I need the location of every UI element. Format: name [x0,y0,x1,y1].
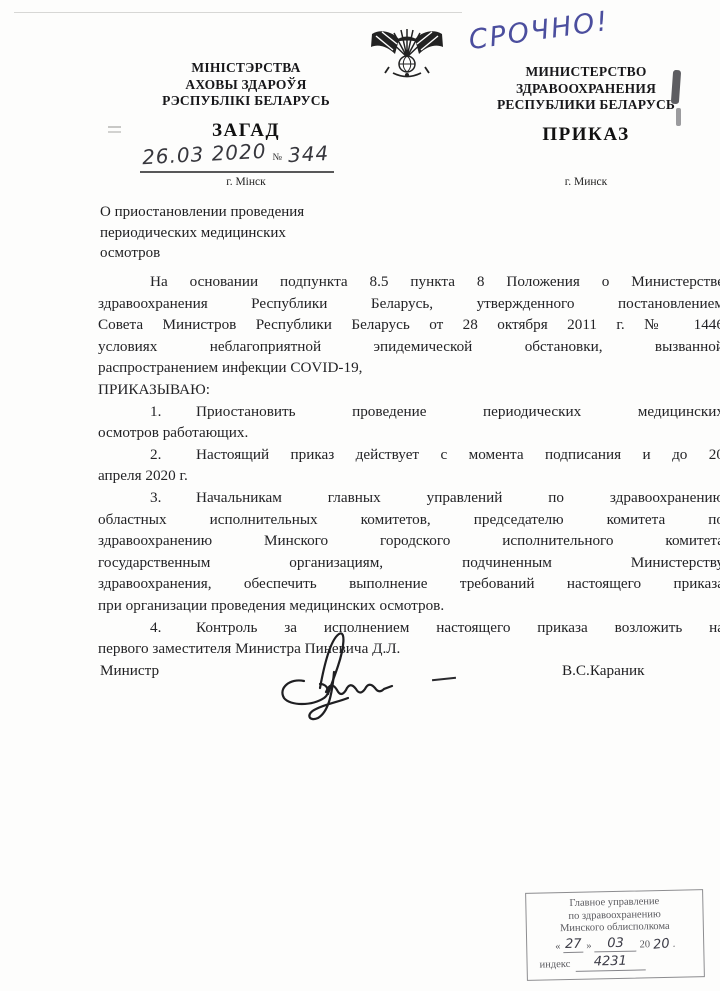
org-line: ЗДРАВООХРАНЕНИЯ [466,81,706,98]
doc-type-zagad: ЗАГАД [128,120,364,142]
org-line: РЭСПУБЛІКІ БЕЛАРУСЬ [128,93,364,110]
subject-line: О приостановлении проведения [100,202,420,223]
org-line: АХОВЫ ЗДАРОЎЯ [128,77,364,94]
body-line: 3.Начальникам главных управлений по здра… [98,487,720,509]
body-line: при организации проведения медицинских о… [98,595,720,617]
handwritten-number: 344 [287,141,329,167]
item-1: 1.Приостановить проведение периодических… [98,401,720,444]
body-line: распространением инфекции COVID-19, [98,357,720,379]
org-name-belarusian: МІНІСТЭРСТВА АХОВЫ ЗДАРОЎЯ РЭСПУБЛІКІ БЕ… [128,60,364,110]
order-subject: О приостановлении проведения периодическ… [100,202,420,264]
city-left: г. Мінск [128,176,364,188]
belarus-coat-of-arms-icon [370,27,444,86]
scanned-order-page: СРОЧНО! МІНІСТЭРСТВА АХОВЫ ЗДАРОЎЯ РЭСПУ… [0,0,720,991]
minister-signature [276,626,436,731]
subject-line: периодических медицинских [100,223,420,244]
handwritten-date-number: 26.03 2020 № 344 [142,142,342,166]
stamp-century: 20 [640,939,651,952]
org-line: МІНІСТЭРСТВА [128,60,364,77]
org-line: МИНИСТЕРСТВО [466,64,706,81]
urgent-handwritten-note: СРОЧНО! [467,0,689,56]
body-line: здравоохранению Минского городского испо… [98,530,720,552]
stamp-line: Минского облисполкома [535,921,695,937]
stamp-month-handwritten: 03 [607,936,624,951]
scan-artifact-line [14,12,462,13]
item-number: 1. [150,401,196,423]
body-line: На основании подпункта 8.5 пункта 8 Поло… [98,271,720,293]
item-number: 3. [150,487,196,509]
body-line: здравоохранения Республики Беларусь, утв… [98,293,720,315]
stamp-dot: . [673,939,676,952]
city-right: г. Минск [466,176,706,188]
scan-artifact-mark [108,126,121,128]
body-line: 1.Приостановить проведение периодических… [98,401,720,423]
item-2: 2.Настоящий приказ действует с момента п… [98,444,720,487]
doc-type-prikaz: ПРИКАЗ [466,124,706,146]
item-number: 4. [150,617,196,639]
subject-line: осмотров [100,243,420,264]
item-3: 3.Начальникам главных управлений по здра… [98,487,720,617]
prikazyvayu-line: ПРИКАЗЫВАЮ: [98,379,720,401]
body-line: областных исполнительных комитетов, пред… [98,509,720,531]
stamp-index-row: индекс 4231 [535,955,695,973]
org-line: РЕСПУБЛИКИ БЕЛАРУСЬ [466,97,706,114]
body-line: здравоохранения, обеспечить выполнение т… [98,573,720,595]
index-label: индекс [540,959,571,972]
stamp-day-handwritten: 27 [565,936,582,951]
date-underline [140,171,334,173]
quote-close: » [586,940,592,953]
body-line: осмотров работающих. [98,422,720,444]
org-name-russian: МИНИСТЕРСТВО ЗДРАВООХРАНЕНИЯ РЕСПУБЛИКИ … [466,64,706,114]
stamp-index-handwritten: 4231 [594,954,627,970]
number-sign: № [273,152,283,166]
signer-title: Министр [100,662,159,680]
body-line: Совета Министров Республики Беларусь от … [98,314,720,336]
handwritten-date: 26.03 2020 [141,139,267,169]
stamp-date-row: «27» 03 2020. [535,936,695,954]
body-line: государственным организациям, подчиненны… [98,552,720,574]
signer-name: В.С.Караник [562,662,645,680]
stamp-year-handwritten: 20 [653,939,671,952]
body-line: 2.Настоящий приказ действует с момента п… [98,444,720,466]
item-number: 2. [150,444,196,466]
order-body: На основании подпункта 8.5 пункта 8 Поло… [98,271,720,660]
quote-open: « [555,941,561,954]
intro-paragraph: На основании подпункта 8.5 пункта 8 Поло… [98,271,720,401]
registration-stamp: Главное управление по здравоохранению Ми… [525,889,705,981]
body-line: условиях неблагоприятной эпидемической о… [98,336,720,358]
body-line: апреля 2020 г. [98,465,720,487]
